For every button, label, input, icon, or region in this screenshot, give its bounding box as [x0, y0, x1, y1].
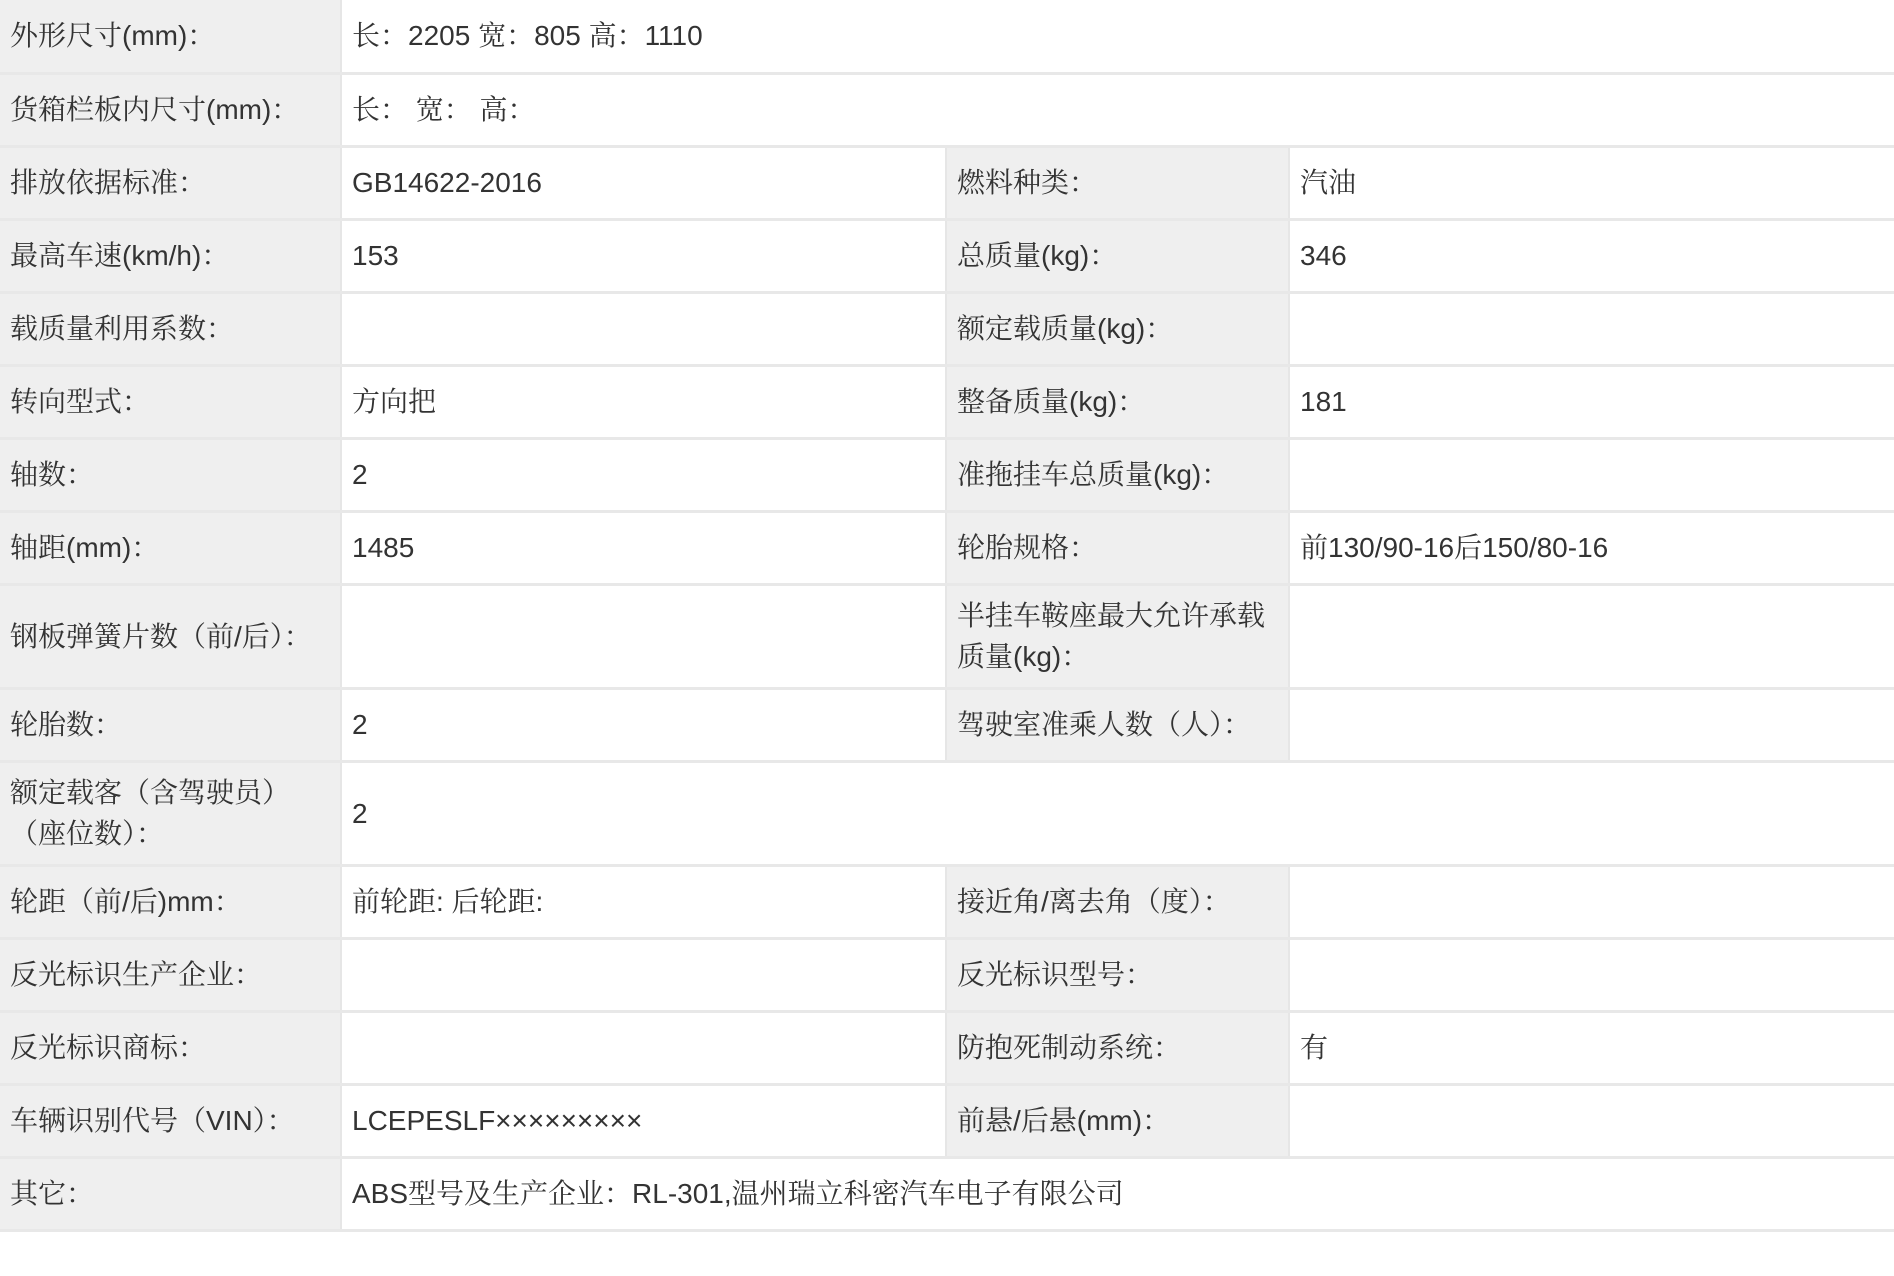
label-vin: 车辆识别代号（VIN）： — [0, 1084, 341, 1157]
value-reflector-brand — [341, 1011, 946, 1084]
value-cargo-box-dimensions: 长： 宽： 高： — [341, 73, 1894, 146]
label-rated-passengers: 额定载客（含驾驶员）（座位数）： — [0, 761, 341, 865]
value-total-mass: 346 — [1289, 219, 1894, 292]
label-fuel-type: 燃料种类： — [946, 146, 1289, 219]
value-tire-spec: 前130/90-16后150/80-16 — [1289, 511, 1894, 584]
label-curb-mass: 整备质量(kg)： — [946, 365, 1289, 438]
label-tire-count: 轮胎数： — [0, 688, 341, 761]
label-cargo-box-dimensions: 货箱栏板内尺寸(mm)： — [0, 73, 341, 146]
value-overall-dimensions: 长：2205 宽：805 高：1110 — [341, 0, 1894, 73]
label-other: 其它： — [0, 1157, 341, 1230]
row-reflector-maker: 反光标识生产企业： 反光标识型号： — [0, 938, 1894, 1011]
value-load-utilization — [341, 292, 946, 365]
label-steering-type: 转向型式： — [0, 365, 341, 438]
value-curb-mass: 181 — [1289, 365, 1894, 438]
row-overall-dimensions: 外形尺寸(mm)： 长：2205 宽：805 高：1110 — [0, 0, 1894, 73]
label-emission-standard: 排放依据标准： — [0, 146, 341, 219]
row-cargo-box-dimensions: 货箱栏板内尺寸(mm)： 长： 宽： 高： — [0, 73, 1894, 146]
value-axle-count: 2 — [341, 438, 946, 511]
label-leaf-springs: 钢板弹簧片数（前/后）： — [0, 584, 341, 688]
value-abs: 有 — [1289, 1011, 1894, 1084]
value-tire-count: 2 — [341, 688, 946, 761]
label-load-utilization: 载质量利用系数： — [0, 292, 341, 365]
row-other: 其它： ABS型号及生产企业：RL-301,温州瑞立科密汽车电子有限公司 — [0, 1157, 1894, 1230]
value-leaf-springs — [341, 584, 946, 688]
row-springs-saddle: 钢板弹簧片数（前/后）： 半挂车鞍座最大允许承载质量(kg)： — [0, 584, 1894, 688]
label-approach-departure: 接近角/离去角（度）： — [946, 865, 1289, 938]
value-saddle-load — [1289, 584, 1894, 688]
value-wheelbase: 1485 — [341, 511, 946, 584]
label-reflector-model: 反光标识型号： — [946, 938, 1289, 1011]
value-reflector-manufacturer — [341, 938, 946, 1011]
value-towing-mass — [1289, 438, 1894, 511]
row-track-angles: 轮距（前/后)mm： 前轮距: 后轮距: 接近角/离去角（度）： — [0, 865, 1894, 938]
value-cab-occupancy — [1289, 688, 1894, 761]
label-axle-count: 轴数： — [0, 438, 341, 511]
label-total-mass: 总质量(kg)： — [946, 219, 1289, 292]
value-max-speed: 153 — [341, 219, 946, 292]
value-other: ABS型号及生产企业：RL-301,温州瑞立科密汽车电子有限公司 — [341, 1157, 1894, 1230]
label-overhang: 前悬/后悬(mm)： — [946, 1084, 1289, 1157]
label-reflector-brand: 反光标识商标： — [0, 1011, 341, 1084]
label-cab-occupancy: 驾驶室准乘人数（人）： — [946, 688, 1289, 761]
row-steering-curb: 转向型式： 方向把 整备质量(kg)： 181 — [0, 365, 1894, 438]
value-steering-type: 方向把 — [341, 365, 946, 438]
label-track-width: 轮距（前/后)mm： — [0, 865, 341, 938]
row-axles-towing: 轴数： 2 准拖挂车总质量(kg)： — [0, 438, 1894, 511]
row-wheelbase-tires: 轴距(mm)： 1485 轮胎规格： 前130/90-16后150/80-16 — [0, 511, 1894, 584]
value-overhang — [1289, 1084, 1894, 1157]
label-towing-mass: 准拖挂车总质量(kg)： — [946, 438, 1289, 511]
label-rated-load: 额定载质量(kg)： — [946, 292, 1289, 365]
value-rated-passengers: 2 — [341, 761, 1894, 865]
label-reflector-manufacturer: 反光标识生产企业： — [0, 938, 341, 1011]
value-vin: LCEPESLF××××××××× — [341, 1084, 946, 1157]
value-rated-load — [1289, 292, 1894, 365]
label-wheelbase: 轴距(mm)： — [0, 511, 341, 584]
row-rated-passengers: 额定载客（含驾驶员）（座位数）： 2 — [0, 761, 1894, 865]
label-tire-spec: 轮胎规格： — [946, 511, 1289, 584]
row-reflector-brand-abs: 反光标识商标： 防抱死制动系统： 有 — [0, 1011, 1894, 1084]
value-approach-departure — [1289, 865, 1894, 938]
value-fuel-type: 汽油 — [1289, 146, 1894, 219]
value-track-width: 前轮距: 后轮距: — [341, 865, 946, 938]
row-vin-overhang: 车辆识别代号（VIN）： LCEPESLF××××××××× 前悬/后悬(mm)… — [0, 1084, 1894, 1157]
vehicle-spec-table: 外形尺寸(mm)： 长：2205 宽：805 高：1110 货箱栏板内尺寸(mm… — [0, 0, 1894, 1232]
value-emission-standard: GB14622-2016 — [341, 146, 946, 219]
value-reflector-model — [1289, 938, 1894, 1011]
row-emission-fuel: 排放依据标准： GB14622-2016 燃料种类： 汽油 — [0, 146, 1894, 219]
label-saddle-load: 半挂车鞍座最大允许承载质量(kg)： — [946, 584, 1289, 688]
label-max-speed: 最高车速(km/h)： — [0, 219, 341, 292]
row-load-factor: 载质量利用系数： 额定载质量(kg)： — [0, 292, 1894, 365]
row-tire-count-cab: 轮胎数： 2 驾驶室准乘人数（人）： — [0, 688, 1894, 761]
label-overall-dimensions: 外形尺寸(mm)： — [0, 0, 341, 73]
row-speed-mass: 最高车速(km/h)： 153 总质量(kg)： 346 — [0, 219, 1894, 292]
label-abs: 防抱死制动系统： — [946, 1011, 1289, 1084]
